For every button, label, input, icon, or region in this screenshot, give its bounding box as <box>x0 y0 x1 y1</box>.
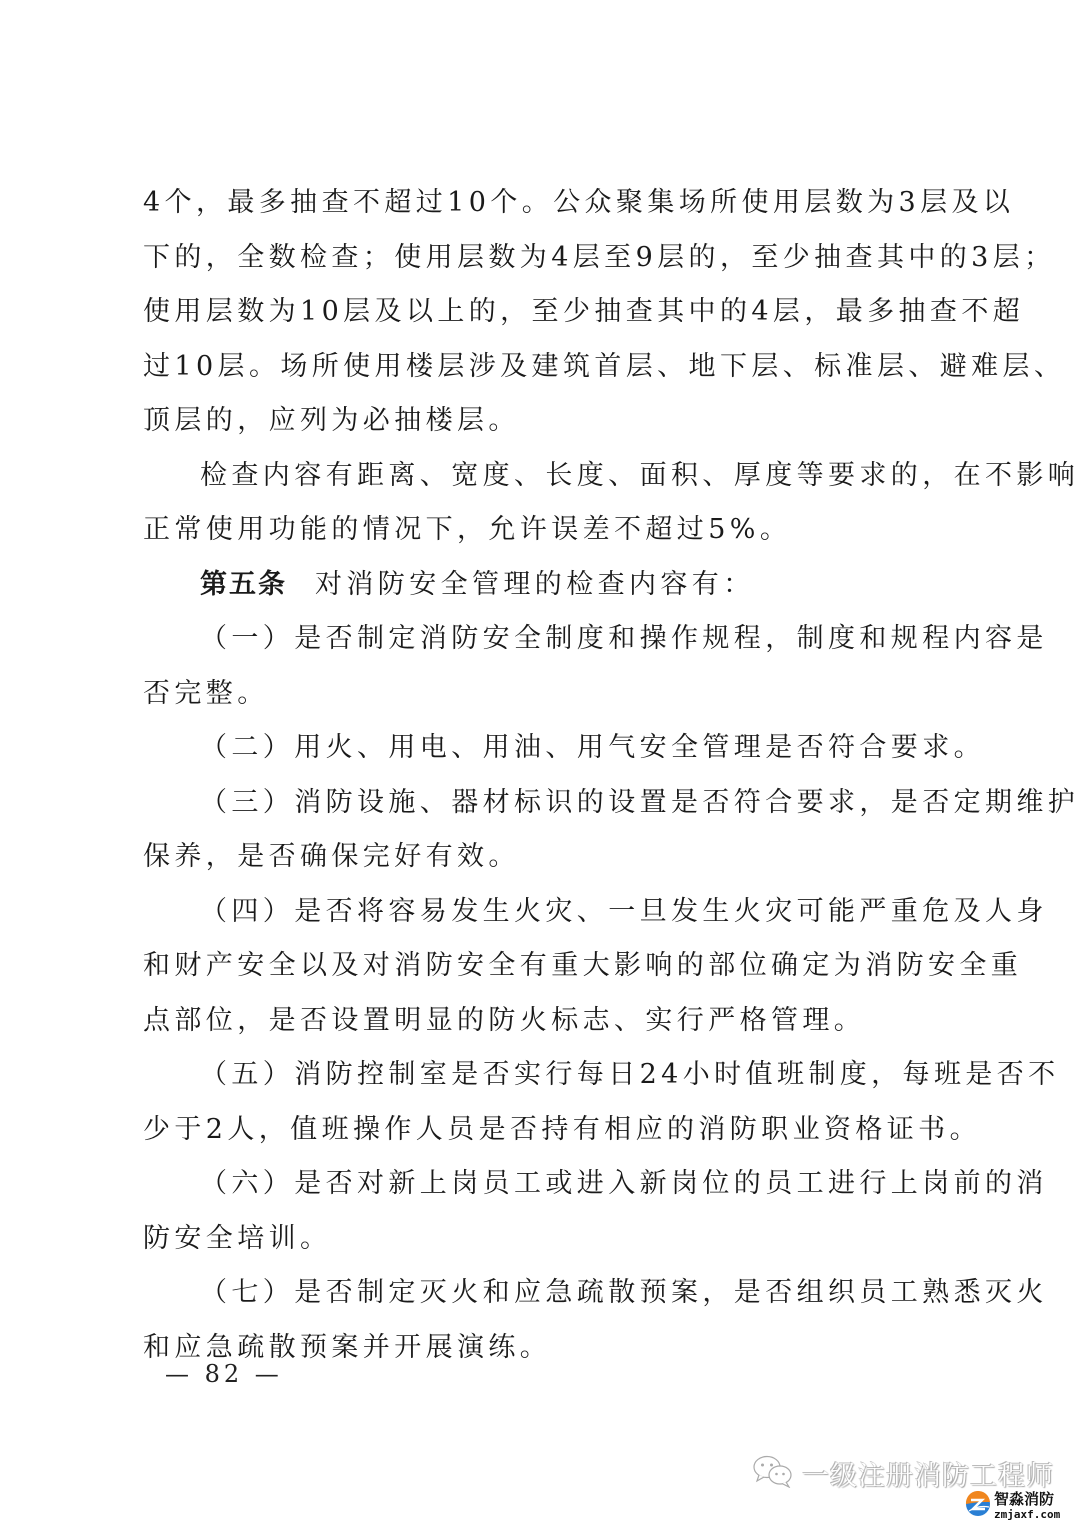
wechat-watermark: 一级注册消防工程师 <box>752 1456 1054 1490</box>
text-line: （三）消防设施、器材标识的设置是否符合要求，是否定期维护 <box>143 776 938 831</box>
text-line: 下的，全数检查；使用层数为4层至9层的，至少抽查其中的3层； <box>143 231 938 286</box>
zm-logo-icon <box>965 1491 991 1521</box>
text-line: （五）消防控制室是否实行每日24小时值班制度，每班是否不 <box>143 1048 938 1103</box>
text-line: 少于2人，值班操作人员是否持有相应的消防职业资格证书。 <box>143 1103 938 1158</box>
text-line: 顶层的，应列为必抽楼层。 <box>143 394 938 449</box>
text-line: 正常使用功能的情况下，允许误差不超过5%。 <box>143 503 938 558</box>
text-line: 过10层。场所使用楼层涉及建筑首层、地下层、标准层、避难层、 <box>143 340 938 395</box>
text-line: 4个，最多抽查不超过10个。公众聚集场所使用层数为3层及以 <box>143 176 938 231</box>
text-line: （四）是否将容易发生火灾、一旦发生火灾可能严重危及人身 <box>143 885 938 940</box>
watermark-text: 一级注册消防工程师 <box>802 1454 1054 1493</box>
text-line: 检查内容有距离、宽度、长度、面积、厚度等要求的，在不影响 <box>143 449 938 504</box>
document-body: 4个，最多抽查不超过10个。公众聚集场所使用层数为3层及以 下的，全数检查；使用… <box>143 176 938 1375</box>
article-heading-line: 第五条对消防安全管理的检查内容有： <box>143 558 938 613</box>
text-line: 防安全培训。 <box>143 1212 938 1267</box>
text-line: 使用层数为10层及以上的，至少抽查其中的4层，最多抽查不超 <box>143 285 938 340</box>
text-line: （七）是否制定灭火和应急疏散预案，是否组织员工熟悉灭火 <box>143 1266 938 1321</box>
text-line: （六）是否对新上岗员工或进入新岗位的员工进行上岗前的消 <box>143 1157 938 1212</box>
article-number: 第五条 <box>200 569 287 600</box>
article-text: 对消防安全管理的检查内容有： <box>315 569 755 600</box>
logo-url: zmjaxf.com <box>994 1509 1060 1520</box>
logo-name: 智淼消防 <box>994 1492 1060 1507</box>
text-line: 和财产安全以及对消防安全有重大影响的部位确定为消防安全重 <box>143 939 938 994</box>
brand-logo: 智淼消防 zmjaxf.com <box>965 1491 1060 1521</box>
page-number: — 82 — <box>165 1360 283 1388</box>
text-line: 点部位，是否设置明显的防火标志、实行严格管理。 <box>143 994 938 1049</box>
wechat-icon <box>752 1454 794 1492</box>
text-line: （一）是否制定消防安全制度和操作规程，制度和规程内容是 <box>143 612 938 667</box>
text-line: 否完整。 <box>143 667 938 722</box>
text-line: 保养，是否确保完好有效。 <box>143 830 938 885</box>
text-line: （二）用火、用电、用油、用气安全管理是否符合要求。 <box>143 721 938 776</box>
